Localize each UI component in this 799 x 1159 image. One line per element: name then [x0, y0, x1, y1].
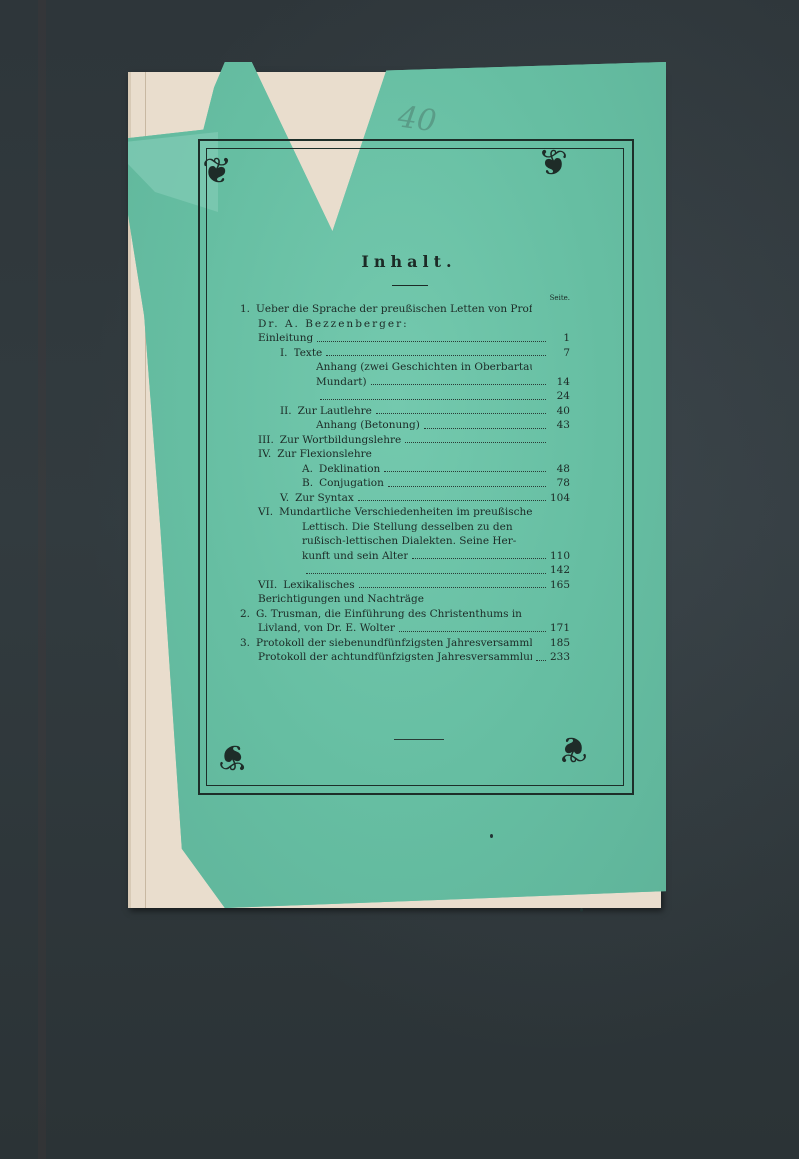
leader-dots — [424, 428, 546, 429]
entry-page-number: 110 — [550, 549, 570, 564]
corner-ornament-icon: ❦ — [558, 730, 588, 766]
toc-entry: Mundart)14 — [240, 375, 560, 390]
entry-page-number: 233 — [550, 650, 570, 665]
entry-title: Livland, von Dr. E. Wolter — [258, 621, 395, 636]
entry-title: Zur Wortbildungslehre — [280, 433, 401, 448]
end-rule — [394, 739, 444, 740]
entry-number: 3. — [240, 636, 250, 651]
entry-title: Deklination — [319, 462, 380, 477]
toc-entry: VII.Lexikalisches165 — [240, 578, 560, 593]
handwritten-note: 40 — [396, 100, 439, 140]
entry-page-number: 1 — [550, 331, 570, 346]
leader-dots — [358, 500, 546, 501]
entry-title: Protokoll der siebenundfünfzigsten Jahre… — [256, 636, 532, 651]
entry-title: Zur Syntax — [295, 491, 354, 506]
toc-entry: V.Zur Syntax104 — [240, 491, 560, 506]
toc-entry: 24 — [240, 389, 560, 404]
leader-dots — [405, 442, 546, 443]
entry-title: rußisch-lettischen Dialekten. Seine Her- — [302, 534, 516, 549]
entry-page-number: 165 — [550, 578, 570, 593]
leader-dots — [320, 399, 546, 400]
entry-title: Zur Flexionslehre — [277, 447, 372, 462]
entry-title: Anhang (Betonung) — [316, 418, 420, 433]
entry-page-number: 78 — [550, 476, 570, 491]
leader-dots — [399, 631, 546, 632]
toc-entry: Anhang (zwei Geschichten in Oberbartauer — [240, 360, 560, 375]
stain-spot — [490, 834, 493, 838]
stain-spot — [580, 908, 583, 912]
entry-number: A. — [302, 462, 313, 477]
toc-entry: 1.Ueber die Sprache der preußischen Lett… — [240, 302, 560, 317]
toc-entry: Dr. A. Bezzenberger: — [240, 317, 560, 332]
toc-entry: Einleitung1 — [240, 331, 560, 346]
leader-dots — [376, 413, 546, 414]
toc-entry: 3.Protokoll der siebenundfünfzigsten Jah… — [240, 636, 560, 651]
leader-dots — [412, 558, 546, 559]
entry-number: II. — [280, 404, 292, 419]
entry-title: Protokoll der achtundfünfzigsten Jahresv… — [258, 650, 532, 665]
background-strip — [38, 0, 46, 1159]
book: 40 ❦ ❦ ❦ ❦ Inhalt. Seite. 1.Ueber die Sp… — [128, 62, 666, 908]
entry-title: Conjugation — [319, 476, 384, 491]
entry-page-number: 104 — [550, 491, 570, 506]
leader-dots — [306, 573, 546, 574]
entry-title: Lettisch. Die Stellung desselben zu den — [302, 520, 513, 535]
entry-page-number: 171 — [550, 621, 570, 636]
leader-dots — [388, 486, 546, 487]
entry-page-number: 7 — [550, 346, 570, 361]
entry-number: VII. — [258, 578, 277, 593]
entry-number: B. — [302, 476, 313, 491]
toc-entry: III.Zur Wortbildungslehre — [240, 433, 560, 448]
toc-entry: IV.Zur Flexionslehre — [240, 447, 560, 462]
entry-number: 2. — [240, 607, 250, 622]
leader-dots — [359, 587, 546, 588]
corner-ornament-icon: ❦ — [538, 146, 568, 182]
entry-number: VI. — [258, 505, 273, 520]
entry-title: Anhang (zwei Geschichten in Oberbartauer — [316, 360, 532, 375]
leader-dots — [384, 471, 546, 472]
entry-title: Mundart) — [316, 375, 367, 390]
toc-entry: kunft und sein Alter110 — [240, 549, 560, 564]
leader-dots — [326, 355, 546, 356]
entry-page-number: 24 — [550, 389, 570, 404]
entry-title: Berichtigungen und Nachträge — [258, 592, 424, 607]
toc-entry: VI.Mundartliche Verschiedenheiten im pre… — [240, 505, 560, 520]
corner-ornament-icon: ❦ — [218, 738, 248, 774]
entry-title: G. Trusman, die Einführung des Christent… — [256, 607, 522, 622]
table-of-contents: Inhalt. Seite. 1.Ueber die Sprache der p… — [240, 252, 560, 665]
toc-entries: 1.Ueber die Sprache der preußischen Lett… — [240, 302, 560, 665]
entry-page-number: 185 — [550, 636, 570, 651]
entry-title: Texte — [294, 346, 323, 361]
leader-dots — [371, 384, 546, 385]
entry-number: I. — [280, 346, 288, 361]
toc-entry: 142 — [240, 563, 560, 578]
toc-title: Inhalt. — [258, 252, 560, 271]
entry-page-number: 14 — [550, 375, 570, 390]
entry-number: III. — [258, 433, 274, 448]
leader-dots — [317, 341, 546, 342]
entry-number: 1. — [240, 302, 250, 317]
toc-entry: II.Zur Lautlehre40 — [240, 404, 560, 419]
entry-title: Zur Lautlehre — [298, 404, 372, 419]
toc-entry: Lettisch. Die Stellung desselben zu den — [240, 520, 560, 535]
toc-entry: I.Texte7 — [240, 346, 560, 361]
entry-title: Dr. A. Bezzenberger: — [258, 317, 409, 332]
entry-page-number: 40 — [550, 404, 570, 419]
page-column-label: Seite. — [240, 294, 570, 302]
entry-title: kunft und sein Alter — [302, 549, 408, 564]
entry-title: Mundartliche Verschiedenheiten im preußi… — [279, 505, 532, 520]
entry-number: V. — [280, 491, 289, 506]
entry-page-number: 142 — [550, 563, 570, 578]
toc-entry: A.Deklination48 — [240, 462, 560, 477]
corner-ornament-icon: ❦ — [202, 154, 232, 190]
entry-page-number: 48 — [550, 462, 570, 477]
toc-entry: Protokoll der achtundfünfzigsten Jahresv… — [240, 650, 560, 665]
entry-title: Ueber die Sprache der preußischen Letten… — [256, 302, 532, 317]
entry-page-number: 43 — [550, 418, 570, 433]
entry-title: Einleitung — [258, 331, 313, 346]
toc-entry: 2.G. Trusman, die Einführung des Christe… — [240, 607, 560, 622]
toc-entry: Livland, von Dr. E. Wolter171 — [240, 621, 560, 636]
toc-entry: B.Conjugation78 — [240, 476, 560, 491]
entry-number: IV. — [258, 447, 271, 462]
leader-dots — [536, 660, 546, 661]
toc-entry: Anhang (Betonung)43 — [240, 418, 560, 433]
title-rule — [392, 285, 428, 286]
entry-title: Lexikalisches — [283, 578, 354, 593]
toc-entry: rußisch-lettischen Dialekten. Seine Her- — [240, 534, 560, 549]
toc-entry: Berichtigungen und Nachträge — [240, 592, 560, 607]
